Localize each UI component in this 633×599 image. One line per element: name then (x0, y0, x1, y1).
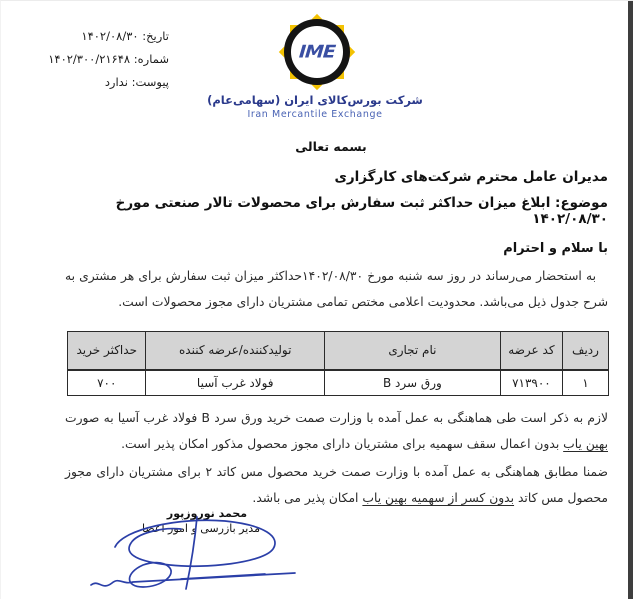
note2-suffix: امکان پذیر می باشد. (252, 491, 362, 505)
org-name-fa: شرکت بورس‌کالای ایران (سهامی‌عام) (1, 93, 629, 107)
window-right-edge (628, 1, 633, 599)
ime-logo: IME (278, 13, 356, 91)
cell-max-purchase: ۷۰۰ (68, 370, 146, 396)
cell-trade-name: ورق سرد B (325, 370, 501, 396)
attachment-line: پیوست: ندارد (37, 71, 169, 94)
intro-paragraph: به استحضار می‌رساند در روز سه شنبه مورخ … (65, 263, 608, 315)
cell-producer: فولاد غرب آسیا (146, 370, 325, 396)
bismillah-text: بسمه تعالی (1, 139, 633, 154)
ime-acronym: IME (298, 42, 336, 62)
header-row-number: ردیف (563, 332, 609, 370)
header-supply-code: کد عرضه (500, 332, 562, 370)
letter-page: تاریخ: ۱۴۰۲/۰۸/۳۰ شماره: ۱۴۰۲/۳۰۰/۲۱۶۴۸ … (0, 0, 633, 599)
note1-prefix: لازم به ذکر است طی هماهنگی به عمل آمده ب… (65, 411, 608, 425)
cell-row-number: ۱ (563, 370, 609, 396)
note1-underlined: بهین یاب (563, 437, 608, 451)
number-line: شماره: ۱۴۰۲/۳۰۰/۲۱۶۴۸ (37, 48, 169, 71)
logo-ring-icon: IME (284, 19, 350, 85)
org-name-en: Iran Mercantile Exchange (1, 109, 629, 120)
table-row: ۱ ۷۱۳۹۰۰ ورق سرد B فولاد غرب آسیا ۷۰۰ (68, 370, 609, 396)
note2-underlined: بدون کسر از سهمیه بهین یاب (362, 491, 514, 505)
cell-supply-code: ۷۱۳۹۰۰ (500, 370, 562, 396)
note1-suffix: بدون اعمال سقف سهمیه برای مشتریان دارای … (121, 437, 563, 451)
signature-scribble (85, 513, 310, 597)
salutation-line: با سلام و احترام (61, 241, 608, 256)
header-max-purchase: حداکثر خرید (68, 332, 146, 370)
header-producer: تولیدکننده/عرضه کننده (146, 332, 325, 370)
letterhead-info: تاریخ: ۱۴۰۲/۰۸/۳۰ شماره: ۱۴۰۲/۳۰۰/۲۱۶۴۸ … (37, 25, 169, 94)
note2-paragraph: ضمنا مطابق هماهنگی به عمل آمده با وزارت … (65, 459, 608, 511)
header-trade-name: نام تجاری (325, 332, 501, 370)
subject-line: موضوع: ابلاغ میزان حداکثر ثبت سفارش برای… (41, 195, 608, 227)
max-order-table: ردیف کد عرضه نام تجاری تولیدکننده/عرضه ک… (67, 331, 609, 396)
recipient-line: مدیران عامل محترم شرکت‌های کارگزاری (61, 169, 608, 185)
note1-paragraph: لازم به ذکر است طی هماهنگی به عمل آمده ب… (65, 405, 608, 457)
date-line: تاریخ: ۱۴۰۲/۰۸/۳۰ (37, 25, 169, 48)
table-header-row: ردیف کد عرضه نام تجاری تولیدکننده/عرضه ک… (68, 332, 609, 370)
